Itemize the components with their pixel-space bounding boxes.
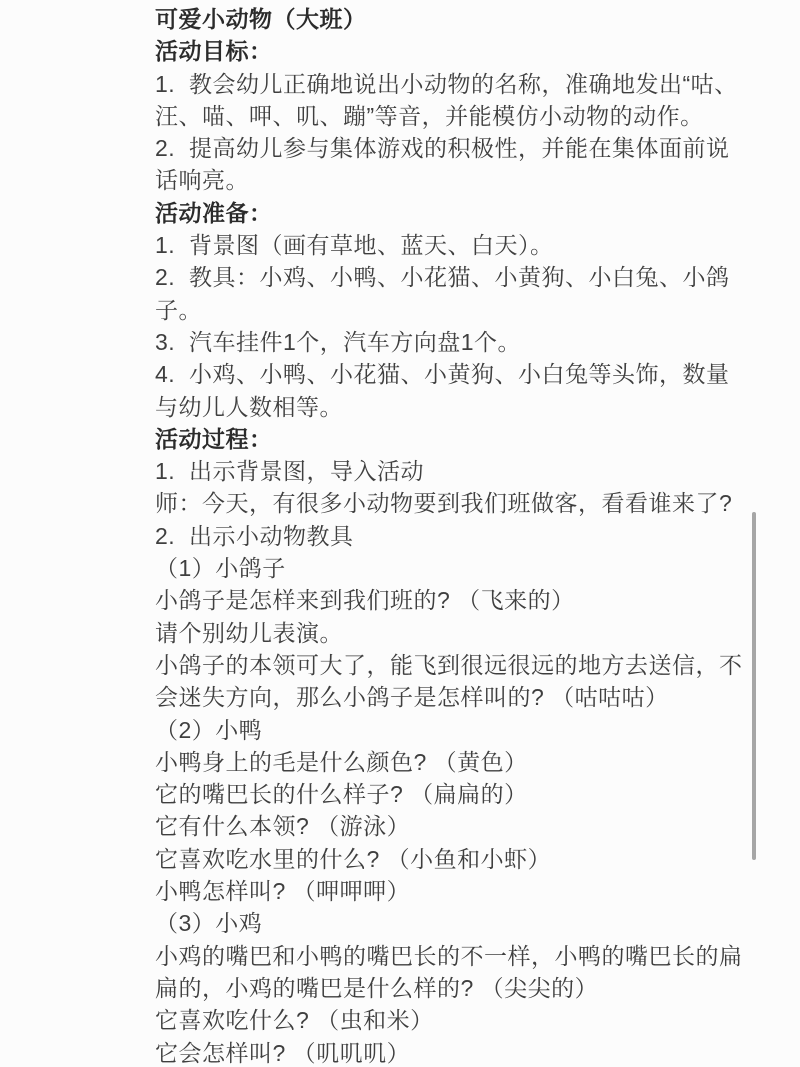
text-line: 它会怎样叫? （叽叽叽）: [155, 1037, 755, 1067]
scrollbar-thumb[interactable]: [752, 512, 756, 860]
text-line: 汪、喵、呷、叽、蹦”等音，并能模仿小动物的动作。: [155, 100, 755, 132]
text-line: 2. 教具：小鸡、小鸭、小花猫、小黄狗、小白兔、小鸽: [155, 261, 755, 293]
text-line: 请个别幼儿表演。: [155, 617, 755, 649]
text-line: 2. 出示小动物教具: [155, 520, 755, 552]
text-line: 子。: [155, 294, 755, 326]
text-line: （3）小鸡: [155, 907, 755, 939]
section-heading-goals: 活动目标：: [155, 35, 755, 67]
text-line: 话响亮。: [155, 164, 755, 196]
text-line: 3. 汽车挂件1个，汽车方向盘1个。: [155, 326, 755, 358]
text-line: 2. 提高幼儿参与集体游戏的积极性，并能在集体面前说: [155, 132, 755, 164]
text-line: （1）小鸽子: [155, 552, 755, 584]
text-line: 1. 出示背景图，导入活动: [155, 455, 755, 487]
text-line: 师：今天，有很多小动物要到我们班做客，看看谁来了?: [155, 487, 755, 519]
text-line: （2）小鸭: [155, 714, 755, 746]
text-line: 小鸭身上的毛是什么颜色? （黄色）: [155, 746, 755, 778]
text-line: 它的嘴巴长的什么样子? （扁扁的）: [155, 778, 755, 810]
document-page: 可爱小动物（大班）活动目标：1. 教会幼儿正确地说出小动物的名称，准确地发出“咕…: [0, 0, 800, 1067]
text-line: 4. 小鸡、小鸭、小花猫、小黄狗、小白兔等头饰，数量: [155, 358, 755, 390]
text-line: 与幼儿人数相等。: [155, 391, 755, 423]
text-line: 小鸽子是怎样来到我们班的? （飞来的）: [155, 584, 755, 616]
text-line: 会迷失方向，那么小鸽子是怎样叫的? （咕咕咕）: [155, 681, 755, 713]
doc-title: 可爱小动物（大班）: [155, 3, 755, 35]
text-line: 它有什么本领? （游泳）: [155, 810, 755, 842]
document-body: 可爱小动物（大班）活动目标：1. 教会幼儿正确地说出小动物的名称，准确地发出“咕…: [155, 3, 755, 1067]
text-line: 扁的，小鸡的嘴巴是什么样的? （尖尖的）: [155, 972, 755, 1004]
section-heading-preparation: 活动准备：: [155, 197, 755, 229]
text-line: 1. 背景图（画有草地、蓝天、白天）。: [155, 229, 755, 261]
text-line: 1. 教会幼儿正确地说出小动物的名称，准确地发出“咕、: [155, 68, 755, 100]
section-heading-process: 活动过程：: [155, 423, 755, 455]
text-line: 它喜欢吃水里的什么? （小鱼和小虾）: [155, 843, 755, 875]
text-line: 小鸡的嘴巴和小鸭的嘴巴长的不一样，小鸭的嘴巴长的扁: [155, 940, 755, 972]
text-line: 小鸽子的本领可大了，能飞到很远很远的地方去送信，不: [155, 649, 755, 681]
text-line: 小鸭怎样叫? （呷呷呷）: [155, 875, 755, 907]
text-line: 它喜欢吃什么? （虫和米）: [155, 1004, 755, 1036]
